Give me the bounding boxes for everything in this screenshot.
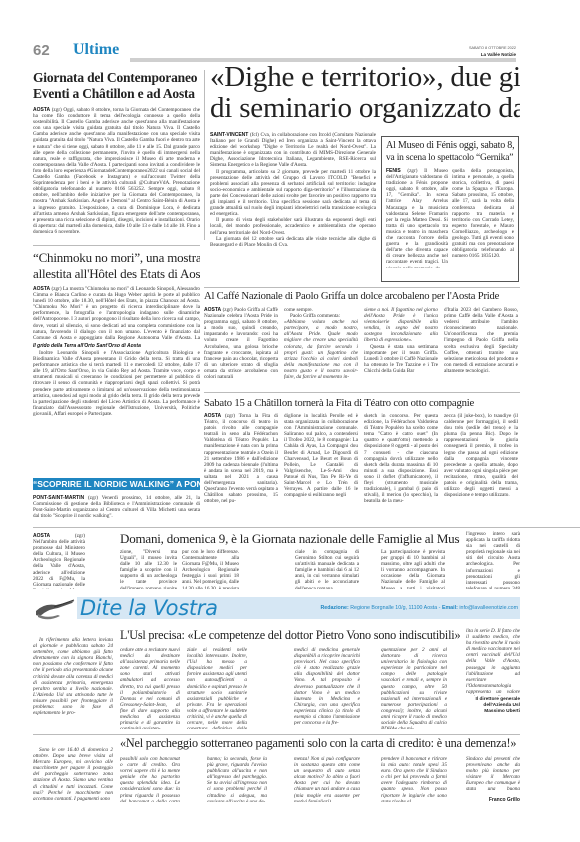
divider (33, 527, 580, 528)
article-body: Inoltre Leonardo Sinopoli e l'Associazio… (33, 350, 200, 424)
divider (33, 245, 200, 246)
article-body: La giornata del 12 ottobre sarà dedicata… (210, 236, 376, 248)
letter-body: prendere il bancomat e ritirare la mia a… (381, 756, 447, 802)
banner-title: “SCOPRIRE IL NORDIC WALKING” A PONT (33, 478, 200, 490)
byline: (zgr) (407, 168, 417, 174)
article-title: Al Caffé Nazionale di Paolo Griffa un do… (204, 290, 520, 304)
article-body: Oggi, sabato 8 ottobre, torna la Giornat… (33, 107, 200, 235)
letter-intro: Sono le ore 16.40 di domenica 2 ottobre.… (33, 747, 113, 803)
redazione-info: Redazione: Regione Borgnalle 10/g, 11100… (290, 605, 518, 611)
letter-title: L'Usl precisa: «Le competenze del dottor… (120, 628, 465, 643)
letter-body: quentazione per 2 anni al dottorato di r… (381, 647, 447, 729)
newspaper-name: La Vallée Notizie (440, 52, 516, 57)
dateline: AOSTA (33, 533, 50, 539)
article-body: diglione in località Perolle ed è stata … (284, 413, 358, 521)
article-body: Cva, in collaborazione con Itcold (Comit… (210, 132, 376, 168)
email-link[interactable]: info@lavalleenotizie.com (459, 605, 518, 611)
article-title: Giornata del Contemporaneo (33, 70, 200, 86)
byline: (zgr) (223, 307, 233, 313)
letter-title: «Nel parcheggio sotterraneo pagamenti so… (120, 736, 520, 751)
article-title: Eventi a Châtillon e ad Aosta (33, 86, 200, 102)
hand-writing-pen-icon (34, 597, 76, 623)
signature-name: Massimo Uberti (466, 709, 520, 715)
article-body: Questa è stata una settimana importante … (364, 344, 438, 374)
article-body: sketch in concorso. Per questa edizione,… (364, 413, 438, 521)
article-chinmoku: “Chinmoku no mori”, una mostra allestita… (33, 250, 200, 424)
dateline: AOSTA (204, 413, 221, 419)
article-body: Nell'ambito delle attività promosse dal … (33, 539, 85, 589)
article-famiglie-col1: AOSTA (zgr) Nell'ambito delle attività p… (33, 533, 85, 589)
article-body: zecca (il juke-box), lo tsaudiye (il cal… (444, 413, 518, 521)
subheading: Il grido della Terra all'Orto Sant'Orso … (33, 343, 200, 349)
article-dighe-body: SAINT-VINCENT (fcl) Cva, in collaborazio… (210, 132, 376, 282)
article-title: di seminario organizzato da Cva (210, 93, 520, 124)
byline: (zgr) (51, 286, 61, 292)
letter-body: hanno; la seconda, forse la più grave, r… (207, 756, 267, 802)
dite-la-vostra-title: Dite la Vostra (80, 595, 218, 621)
letter-body: Sindaco dai presenti che provenivano anc… (466, 756, 520, 790)
article-famiglie-title: Domani, domenica 9, è la Giornata nazion… (120, 531, 460, 547)
article-body: Paolo Griffa al Caffè Nazionale celebra … (204, 307, 278, 380)
page-number: 62 (33, 42, 50, 59)
article-fenis-box: Al Museo di Fénis oggi, sabato 8, va in … (381, 136, 519, 282)
dateline: AOSTA (204, 307, 221, 313)
article-dighe: «Dighe e territorio», due giorni di semi… (210, 62, 520, 124)
header-date: SABATO 8 OTTOBRE 2022 (440, 46, 516, 50)
article-title: «Dighe e territorio», due giorni (210, 62, 520, 93)
article-body: quella della protagonista, intima e pers… (452, 168, 514, 268)
article-body: Torna la Fita di Téatro, il concorso di … (204, 413, 278, 504)
letter-signature: Il direttore generale dell'Azienda Usl M… (466, 697, 520, 714)
letter-body: lita in serie D. Il fatto che il suddett… (466, 628, 520, 696)
divider (33, 734, 520, 735)
dateline: AOSTA (33, 286, 50, 292)
article-body: Il programma, articolato su 2 giornate, … (210, 169, 376, 218)
byline: (zgr) (75, 533, 85, 539)
article-body: ciale in compagnia di Geronimo Stilton c… (295, 549, 359, 589)
quote: «Abbiamo voluto anche noi partecipare, a… (284, 319, 358, 380)
dateline: FÉNIS (386, 168, 401, 174)
letter-body: ziale ai residenti nelle località intere… (187, 647, 247, 729)
article-body: d'Italia 2023 del Gambero Rosso, primo C… (444, 307, 518, 387)
article-title: allestita all'Hôtel des Etats di Aosta (33, 266, 200, 282)
section-title: Ultime (73, 41, 119, 59)
article-body: l'ingresso intero sarà applicata la tari… (466, 531, 520, 589)
article-fita: Sabato 15 a Châtillon tornerà la Fita di… (204, 396, 520, 521)
article-nordic: PONT-SAINT-MARTIN (zgr) Venerdì prossimo… (33, 495, 200, 520)
quote: sieme a noi. Il fagottino nel giorno del… (364, 307, 438, 344)
article-title: “Chinmoku no mori”, una mostra (33, 250, 200, 266)
letter-body: menza! Non si può configurare in sostanz… (294, 756, 360, 802)
byline: (zgr) (225, 413, 235, 419)
redazione-address: Regione Borgnalle 10/g, 11100 Aosta - (350, 605, 440, 611)
article-title: Al Museo di Fénis oggi, sabato 8, (386, 140, 514, 152)
letter-signature: Franco Grillo (466, 797, 520, 803)
dateline: PONT-SAINT-MARTIN (33, 495, 84, 501)
article-body: pur con le loro differenze. Contestualme… (182, 549, 239, 589)
article-body: Il punto di vista degli stakeholder sarà… (210, 217, 376, 235)
redazione-label: Redazione: (320, 605, 348, 611)
divider (204, 392, 520, 393)
nordic-walking-banner: “SCOPRIRE IL NORDIC WALKING” A PONT (33, 478, 200, 490)
byline: (zgr) (88, 495, 98, 501)
column-divider (204, 70, 205, 240)
article-body: zione, "Diversi ma Uguali", il museo inv… (120, 549, 177, 589)
letter-body: medici di medicina generale disponibili … (294, 647, 360, 729)
article-title: Sabato 15 a Châtillon tornerà la Fita di… (204, 396, 520, 410)
article-contemporaneo: Giornata del Contemporaneo Eventi a Chât… (33, 70, 200, 240)
article-caffe: Al Caffé Nazionale di Paolo Griffa un do… (204, 290, 520, 387)
article-title: va in scena lo spettacolo “Gernika” (386, 152, 514, 164)
letter-body: cedure atte a reclutare nuovi medici da … (120, 647, 180, 729)
letter-body: possibili solo con bancomat o carte di c… (120, 756, 180, 802)
article-body: Il Museo dell'Artigianato valdostano di … (386, 168, 448, 268)
letter-intro: In riferimento alla lettera inviata al g… (33, 637, 113, 729)
divider (204, 287, 520, 288)
email-label: Email: (442, 605, 458, 611)
article-body: La partecipazione è prevista per gruppi … (381, 549, 445, 589)
article-body: La mostra "Chinmoku no mori" di Leonardo… (33, 286, 200, 340)
